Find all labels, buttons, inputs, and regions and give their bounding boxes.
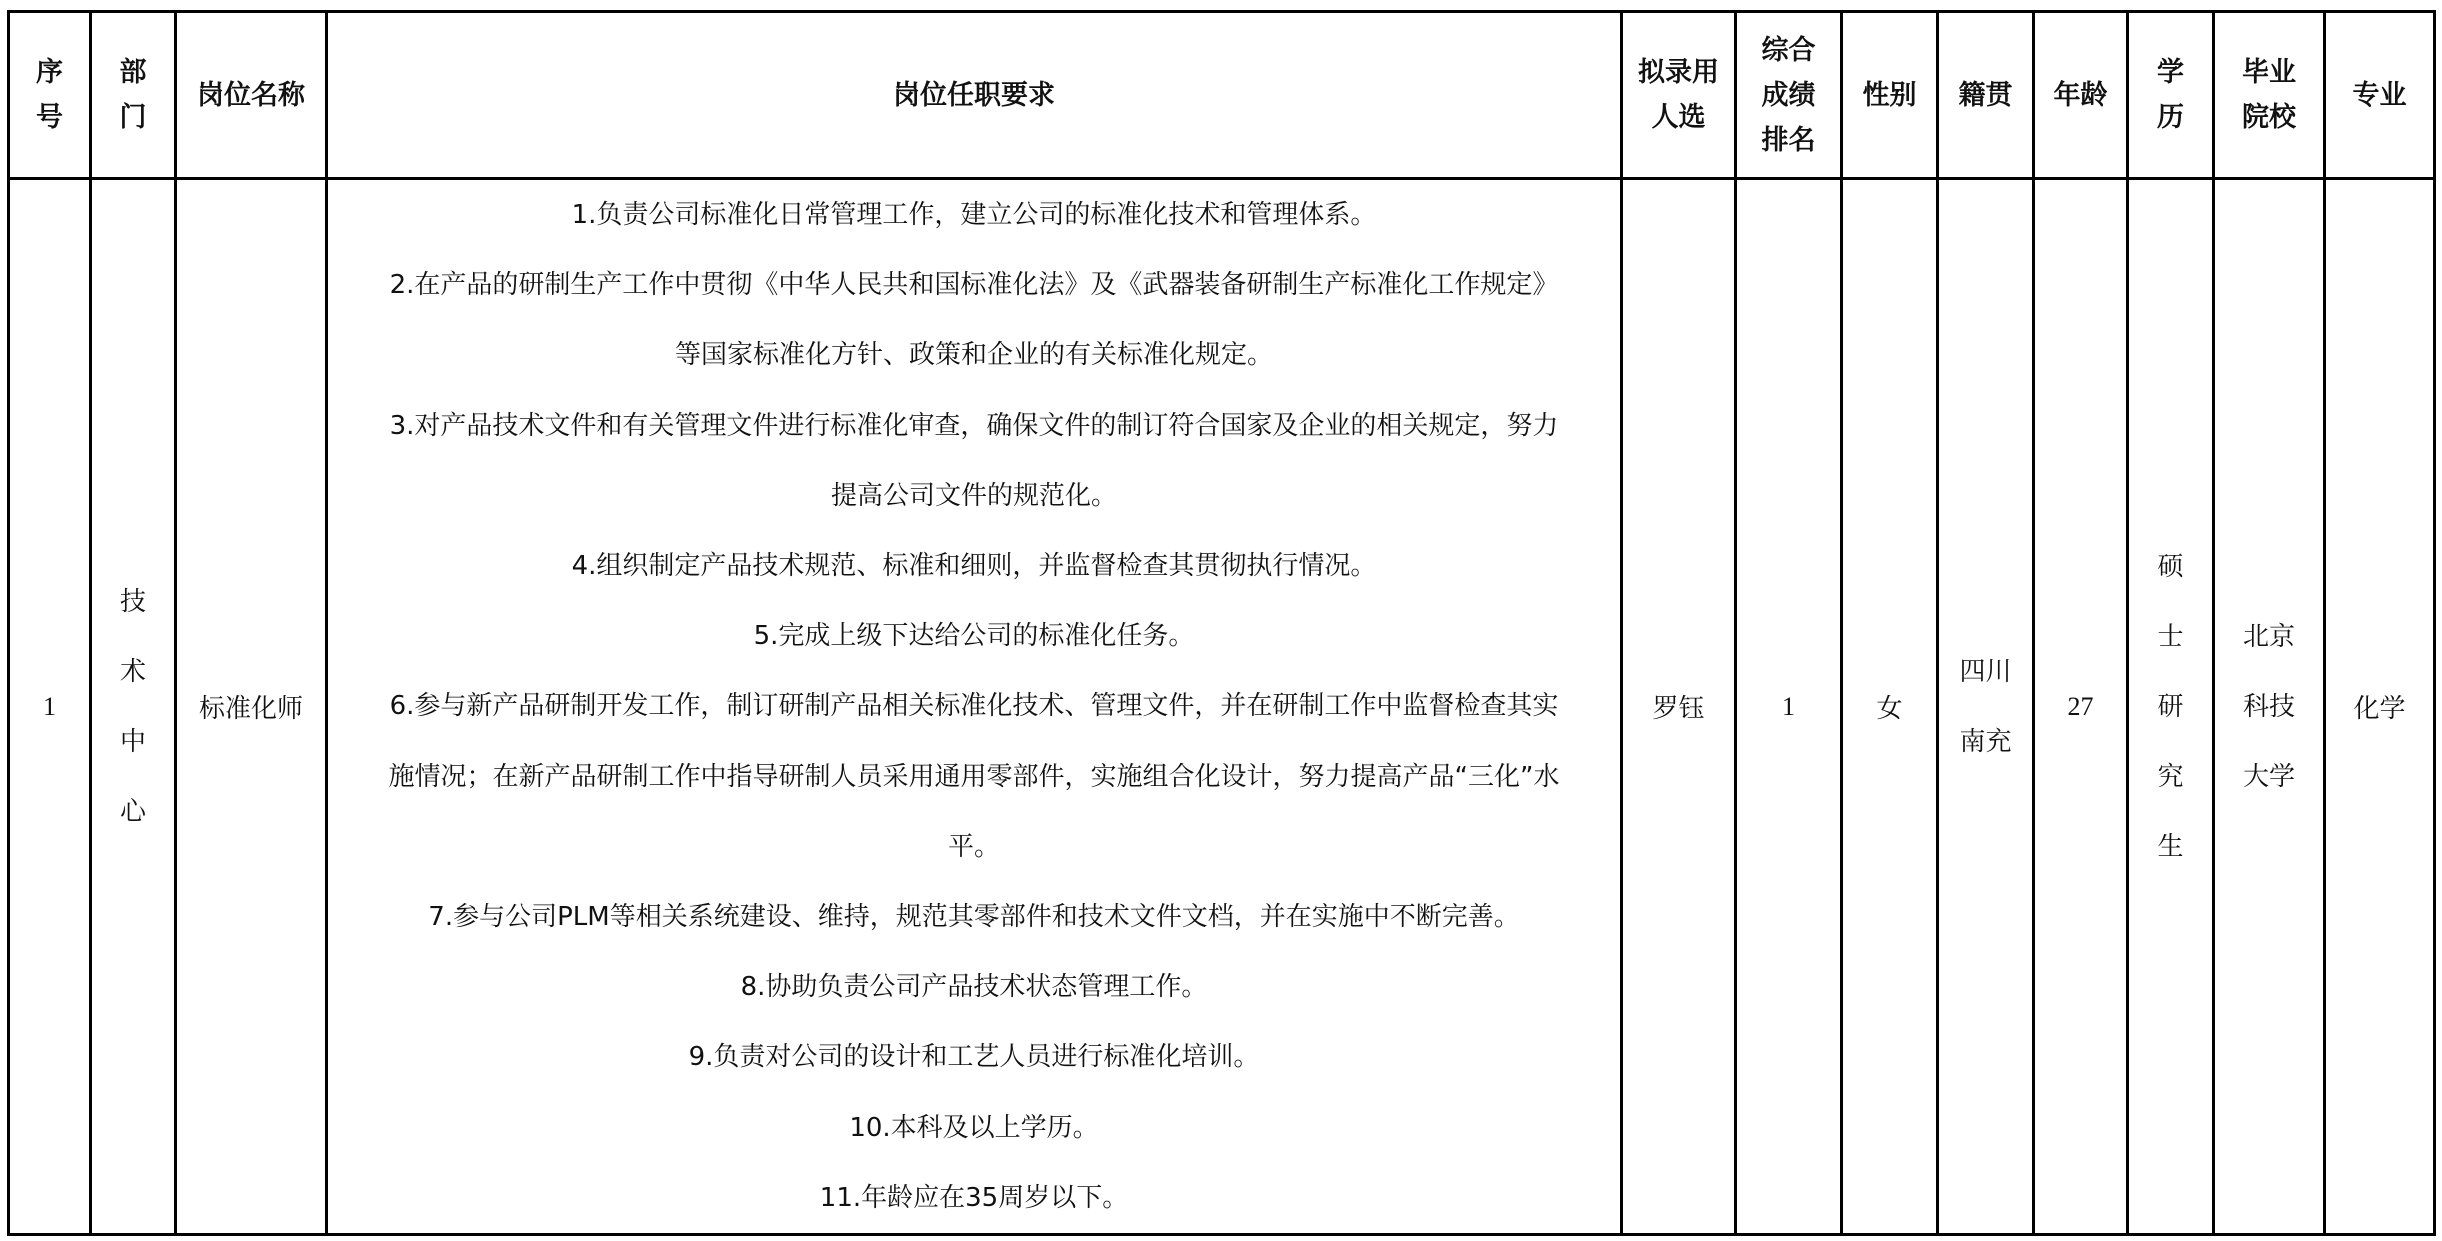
header-education-line: 学 [2129,50,2212,95]
cell-candidate: 罗钰 [1622,179,1736,1235]
header-age: 年龄 [2034,12,2128,179]
header-department: 部 门 [91,12,176,179]
requirement-line: 9.负责对公司的设计和工艺人员进行标准化培训。 [328,1022,1620,1092]
cell-native-place: 四川 南充 [1938,179,2034,1235]
header-candidate: 拟录用 人选 [1622,12,1736,179]
cell-age: 27 [2034,179,2128,1235]
header-department-line: 部 [92,50,174,95]
header-index-line: 序 [10,50,89,95]
header-ranking-line: 综合 [1737,28,1840,73]
requirement-line: 2.在产品的研制生产工作中贯彻《中华人民共和国标准化法》及《武器装备研制生产标准… [328,250,1620,320]
header-row: 序 号 部 门 岗位名称 岗位任职要求 拟录用 人选 综合 成绩 排名 性别 籍… [9,12,2435,179]
header-ranking-line: 成绩 [1737,73,1840,118]
education-char: 究 [2129,742,2212,812]
header-requirements: 岗位任职要求 [327,12,1622,179]
cell-index: 1 [9,179,91,1235]
requirement-line: 10.本科及以上学历。 [328,1093,1620,1163]
cell-ranking: 1 [1736,179,1842,1235]
header-candidate-line: 拟录用 [1623,50,1734,95]
header-ranking: 综合 成绩 排名 [1736,12,1842,179]
department-char: 心 [92,777,174,847]
requirement-line: 6.参与新产品研制开发工作，制订研制产品相关标准化技术、管理文件，并在研制工作中… [328,671,1620,741]
header-department-line: 门 [92,95,174,140]
education-char: 生 [2129,812,2212,882]
requirement-line: 3.对产品技术文件和有关管理文件进行标准化审查，确保文件的制订符合国家及企业的相… [328,391,1620,461]
header-major: 专业 [2325,12,2435,179]
requirement-line: 施情况；在新产品研制工作中指导研制人员采用通用零部件，实施组合化设计，努力提高产… [328,742,1620,812]
department-char: 技 [92,567,174,637]
header-candidate-line: 人选 [1623,95,1734,140]
requirement-line: 平。 [328,812,1620,882]
header-education-line: 历 [2129,95,2212,140]
header-gender: 性别 [1842,12,1938,179]
cell-gender: 女 [1842,179,1938,1235]
cell-major: 化学 [2325,179,2435,1235]
school-line: 大学 [2215,742,2323,812]
cell-school: 北京 科技 大学 [2214,179,2325,1235]
requirement-line: 1.负责公司标准化日常管理工作，建立公司的标准化技术和管理体系。 [328,180,1620,250]
requirement-line: 11.年龄应在35周岁以下。 [328,1163,1620,1233]
requirement-line: 7.参与公司PLM等相关系统建设、维持，规范其零部件和技术文件文档，并在实施中不… [328,882,1620,952]
header-index-line: 号 [10,95,89,140]
school-line: 北京 [2215,602,2323,672]
recruitment-table: 序 号 部 门 岗位名称 岗位任职要求 拟录用 人选 综合 成绩 排名 性别 籍… [7,10,2436,1236]
department-char: 中 [92,707,174,777]
header-native-place: 籍贯 [1938,12,2034,179]
header-position: 岗位名称 [176,12,327,179]
requirement-line: 5.完成上级下达给公司的标准化任务。 [328,601,1620,671]
cell-department: 技 术 中 心 [91,179,176,1235]
table-row: 1 技 术 中 心 标准化师 1.负责公司标准化日常管理工作，建立公司的标准化技… [9,179,2435,1235]
native-place-line: 南充 [1939,707,2032,777]
requirement-line: 4.组织制定产品技术规范、标准和细则，并监督检查其贯彻执行情况。 [328,531,1620,601]
education-char: 硕 [2129,532,2212,602]
native-place-line: 四川 [1939,637,2032,707]
requirement-line: 提高公司文件的规范化。 [328,461,1620,531]
requirement-line: 等国家标准化方针、政策和企业的有关标准化规定。 [328,320,1620,390]
department-char: 术 [92,637,174,707]
cell-requirements: 1.负责公司标准化日常管理工作，建立公司的标准化技术和管理体系。 2.在产品的研… [327,179,1622,1235]
cell-education: 硕 士 研 究 生 [2128,179,2214,1235]
school-line: 科技 [2215,672,2323,742]
header-school: 毕业 院校 [2214,12,2325,179]
header-education: 学 历 [2128,12,2214,179]
cell-position: 标准化师 [176,179,327,1235]
header-ranking-line: 排名 [1737,118,1840,163]
education-char: 研 [2129,672,2212,742]
header-school-line: 毕业 [2215,50,2323,95]
header-school-line: 院校 [2215,95,2323,140]
education-char: 士 [2129,602,2212,672]
requirement-line: 8.协助负责公司产品技术状态管理工作。 [328,952,1620,1022]
header-index: 序 号 [9,12,91,179]
